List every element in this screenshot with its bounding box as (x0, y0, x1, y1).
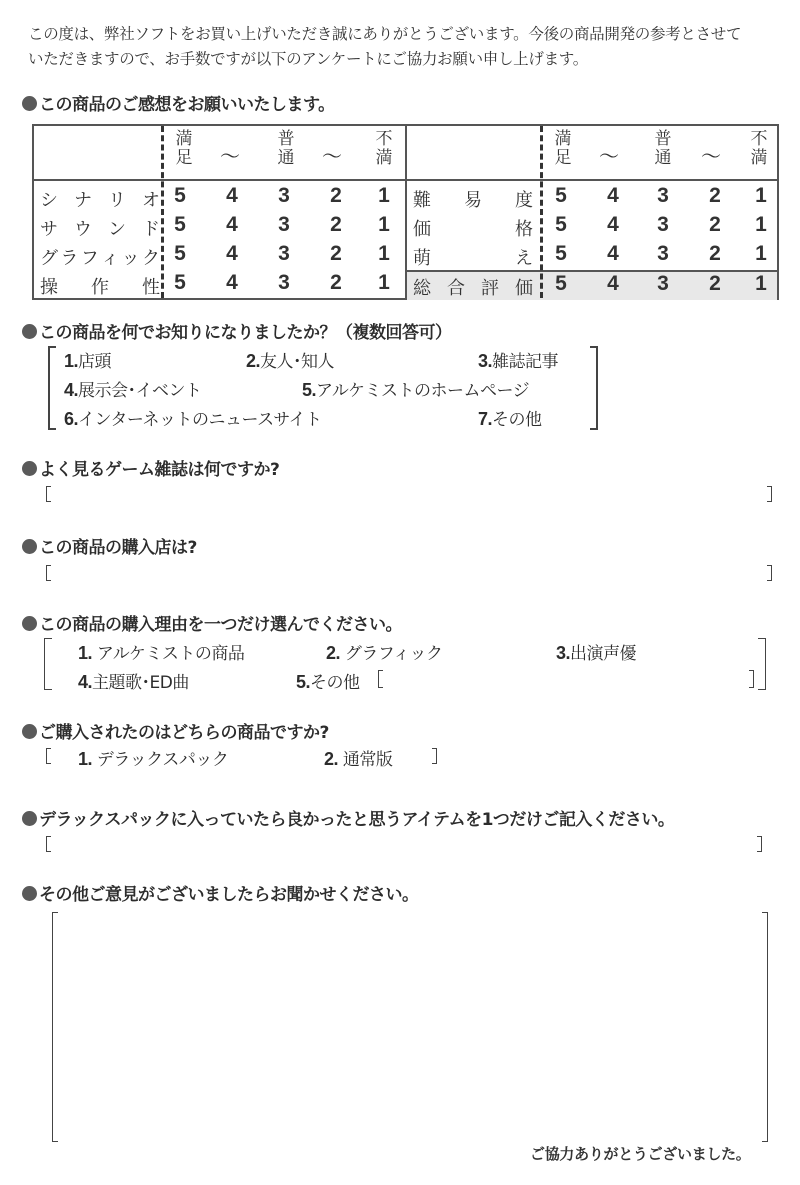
option-store[interactable]: 1.店頭 (64, 347, 111, 372)
bullet-icon (22, 539, 37, 554)
question-how-known: この商品を何でお知りになりましたか？（複数回答可） (22, 318, 452, 343)
opinions-answer-field[interactable] (52, 912, 768, 1142)
rating-4[interactable]: 4 (603, 184, 623, 208)
bracket-left (52, 912, 58, 1142)
row-label: 総合評価 (413, 274, 533, 300)
dashed-divider (540, 126, 543, 298)
bracket-right (432, 748, 437, 764)
magazine-answer-field[interactable] (46, 486, 772, 502)
option-event[interactable]: 4.展示会･イベント (64, 376, 202, 401)
rating-row-graphics: グラフィック 5 4 3 2 1 (34, 242, 405, 271)
scale-tilde: 〜 (701, 140, 721, 169)
intro-line-2: いただきますので、お手数ですが以下のアンケートにご協力お願い申し上げます。 (28, 47, 788, 72)
question-other-opinions: その他ご意見がございましたらお聞かせください。 (22, 880, 419, 905)
rating-3[interactable]: 3 (274, 184, 294, 208)
rating-row-sound: サウンド 5 4 3 2 1 (34, 213, 405, 242)
bracket-left (378, 670, 383, 688)
rating-row-scenario: シナリオ 5 4 3 2 1 (34, 184, 405, 213)
bracket-right (758, 638, 766, 690)
edition-option-deluxe[interactable]: 1. デラックスパック (78, 745, 228, 770)
bracket-right (590, 346, 598, 430)
row-label: シナリオ (40, 186, 160, 212)
rating-5[interactable]: 5 (551, 272, 571, 296)
bracket-left (46, 836, 51, 852)
reason-option-other[interactable]: 5.その他 (296, 668, 360, 693)
scale-unsatisfied: 不満 (372, 130, 396, 168)
rating-table-left: 満足 〜 普通 〜 不満 シナリオ 5 4 3 2 1 サウンド 5 4 3 2… (34, 126, 407, 298)
rating-table: 満足 〜 普通 〜 不満 シナリオ 5 4 3 2 1 サウンド 5 4 3 2… (32, 124, 779, 300)
rating-1[interactable]: 1 (751, 272, 771, 296)
question-title: よく見るゲーム雑誌は何ですか? (39, 460, 279, 480)
rating-1[interactable]: 1 (751, 184, 771, 208)
rating-4[interactable]: 4 (603, 242, 623, 266)
rating-3[interactable]: 3 (274, 271, 294, 295)
bracket-right (767, 565, 772, 581)
question-impressions: この商品のご感想をお願いいたします。 (22, 90, 335, 115)
row-label: グラフィック (40, 244, 160, 270)
store-answer-field[interactable] (46, 565, 772, 581)
thanks-message: ご協力ありがとうございました。 (530, 1143, 751, 1164)
rating-5[interactable]: 5 (170, 213, 190, 237)
rating-5[interactable]: 5 (551, 213, 571, 237)
rating-1[interactable]: 1 (374, 213, 394, 237)
rating-row-price: 価格 5 4 3 2 1 (407, 213, 777, 242)
rating-4[interactable]: 4 (222, 213, 242, 237)
scale-satisfied: 満足 (551, 130, 575, 168)
question-title: この商品のご感想をお願いいたします。 (39, 95, 335, 115)
reason-option-graphics[interactable]: 2. グラフィック (326, 639, 443, 664)
rating-5[interactable]: 5 (170, 242, 190, 266)
option-magazine[interactable]: 3.雑誌記事 (478, 347, 558, 372)
option-homepage[interactable]: 5.アルケミストのホームページ (302, 376, 529, 401)
question-title: この商品の購入店は? (39, 538, 197, 558)
intro-text: この度は、弊社ソフトをお買い上げいただき誠にありがとうございます。今後の商品開発… (28, 22, 788, 72)
rating-row-moe: 萌え 5 4 3 2 1 (407, 242, 777, 271)
rating-4[interactable]: 4 (603, 213, 623, 237)
option-news-site[interactable]: 6.インターネットのニュースサイト (64, 405, 322, 430)
question-title: ご購入されたのはどちらの商品ですか? (39, 723, 329, 743)
scale-tilde: 〜 (220, 140, 240, 169)
scale-normal: 普通 (651, 130, 675, 168)
rating-2[interactable]: 2 (705, 242, 725, 266)
bracket-left (46, 565, 51, 581)
rating-1[interactable]: 1 (374, 271, 394, 295)
rating-2[interactable]: 2 (705, 213, 725, 237)
rating-4[interactable]: 4 (603, 272, 623, 296)
question-store: この商品の購入店は? (22, 533, 197, 558)
rating-3[interactable]: 3 (653, 272, 673, 296)
reason-other-field[interactable] (378, 670, 754, 688)
rating-table-right: 満足 〜 普通 〜 不満 難易度 5 4 3 2 1 価格 5 4 3 2 1 … (407, 126, 777, 298)
reason-option-theme-song[interactable]: 4.主題歌･ED曲 (78, 668, 189, 693)
row-label: 難易度 (413, 186, 533, 212)
scale-tilde: 〜 (599, 140, 619, 169)
deluxe-item-answer-field[interactable] (46, 836, 762, 852)
rating-row-difficulty: 難易度 5 4 3 2 1 (407, 184, 777, 213)
bullet-icon (22, 724, 37, 739)
rating-3[interactable]: 3 (653, 242, 673, 266)
rating-row-overall: 総合評価 5 4 3 2 1 (407, 270, 777, 300)
scale-header: 満足 〜 普通 〜 不満 (407, 126, 777, 181)
intro-line-1: この度は、弊社ソフトをお買い上げいただき誠にありがとうございます。今後の商品開発… (28, 22, 788, 47)
row-label: 操作性 (40, 273, 160, 299)
scale-unsatisfied: 不満 (747, 130, 771, 168)
rating-1[interactable]: 1 (374, 184, 394, 208)
rating-4[interactable]: 4 (222, 242, 242, 266)
rating-3[interactable]: 3 (274, 213, 294, 237)
rating-5[interactable]: 5 (170, 184, 190, 208)
bracket-left (46, 486, 51, 502)
rating-2[interactable]: 2 (326, 242, 346, 266)
rating-row-controls: 操作性 5 4 3 2 1 (34, 271, 405, 300)
rating-2[interactable]: 2 (705, 272, 725, 296)
rating-2[interactable]: 2 (326, 213, 346, 237)
question-magazine: よく見るゲーム雑誌は何ですか? (22, 455, 279, 480)
rating-2[interactable]: 2 (326, 184, 346, 208)
rating-3[interactable]: 3 (653, 213, 673, 237)
question-deluxe-item: デラックスパックに入っていたら良かったと思うアイテムを1つだけご記入ください。 (22, 805, 674, 830)
edition-option-standard[interactable]: 2. 通常版 (324, 745, 392, 770)
reason-option-voice-actors[interactable]: 3.出演声優 (556, 639, 636, 664)
option-friend[interactable]: 2.友人･知人 (246, 347, 334, 372)
rating-5[interactable]: 5 (551, 184, 571, 208)
rating-5[interactable]: 5 (551, 242, 571, 266)
bracket-left (44, 638, 52, 690)
bullet-icon (22, 811, 37, 826)
scale-header: 満足 〜 普通 〜 不満 (34, 126, 405, 181)
row-label: サウンド (40, 215, 160, 241)
bracket-right (762, 912, 768, 1142)
bracket-left (46, 748, 51, 764)
reason-option-alchemist[interactable]: 1. アルケミストの商品 (78, 639, 244, 664)
row-label: 萌え (413, 244, 533, 270)
rating-3[interactable]: 3 (653, 184, 673, 208)
bullet-icon (22, 324, 37, 339)
rating-1[interactable]: 1 (374, 242, 394, 266)
scale-normal: 普通 (274, 130, 298, 168)
scale-tilde: 〜 (322, 140, 342, 169)
question-edition: ご購入されたのはどちらの商品ですか? (22, 718, 329, 743)
bullet-icon (22, 461, 37, 476)
bullet-icon (22, 616, 37, 631)
question-purchase-reason: この商品の購入理由を一つだけ選んでください。 (22, 610, 402, 635)
question-title: この商品を何でお知りになりましたか？（複数回答可） (39, 323, 452, 343)
rating-4[interactable]: 4 (222, 271, 242, 295)
question-title: デラックスパックに入っていたら良かったと思うアイテムを1つだけご記入ください。 (39, 810, 674, 830)
rating-3[interactable]: 3 (274, 242, 294, 266)
rating-5[interactable]: 5 (170, 271, 190, 295)
rating-1[interactable]: 1 (751, 213, 771, 237)
rating-2[interactable]: 2 (705, 184, 725, 208)
row-label: 価格 (413, 215, 533, 241)
bracket-right (757, 836, 762, 852)
rating-1[interactable]: 1 (751, 242, 771, 266)
option-other[interactable]: 7.その他 (478, 405, 542, 430)
question-title: その他ご意見がございましたらお聞かせください。 (39, 885, 419, 905)
bracket-right (767, 486, 772, 502)
scale-satisfied: 満足 (172, 130, 196, 168)
bullet-icon (22, 96, 37, 111)
bullet-icon (22, 886, 37, 901)
rating-4[interactable]: 4 (222, 184, 242, 208)
bracket-left (48, 346, 56, 430)
question-title: この商品の購入理由を一つだけ選んでください。 (39, 615, 402, 635)
bracket-right (749, 670, 754, 688)
rating-2[interactable]: 2 (326, 271, 346, 295)
